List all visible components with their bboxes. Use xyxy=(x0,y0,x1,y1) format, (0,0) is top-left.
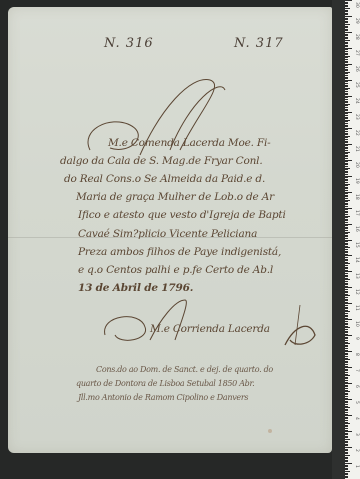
body-line-5: Ifico e atesto que vesto d'Igreja de Bap… xyxy=(78,209,286,221)
ruler-label: 9 xyxy=(354,337,359,340)
body-line-8: e q.o Centos palhi e p.fe Certo de Ab.l xyxy=(78,264,273,276)
paper-stain xyxy=(268,429,272,433)
reference-number-left: N. 316 xyxy=(104,36,154,51)
ruler-label: 8 xyxy=(354,353,359,356)
ruler-label: 4 xyxy=(354,417,359,420)
note-line-2: quarto de Dontora de Lisboa Setubal 1850… xyxy=(76,379,254,388)
ruler-label: 23 xyxy=(354,114,359,120)
ruler-label: 25 xyxy=(354,82,359,88)
ruler-label: 27 xyxy=(354,50,359,56)
body-line-2: dalgo da Cala de S. Mag.de Fryar Conl. xyxy=(60,155,262,167)
ruler-label: 21 xyxy=(354,146,359,152)
ruler-label: 22 xyxy=(354,130,359,136)
ruler-label: 11 xyxy=(354,305,359,311)
ruler-label: 12 xyxy=(354,289,359,295)
date-line: 13 de Abril de 1796. xyxy=(78,282,193,294)
ruler-label: 24 xyxy=(354,98,359,104)
measurement-ruler: 3029282726252423222120191817161514131211… xyxy=(345,0,360,479)
body-line-1: M.e Comenda Lacerda Moe. Fi- xyxy=(108,137,270,149)
body-line-6: Cavaé Sim?plicio Vicente Peliciana xyxy=(78,228,257,240)
ruler-label: 17 xyxy=(354,210,359,216)
ruler-label: 29 xyxy=(354,18,359,24)
ruler-label: 6 xyxy=(354,385,359,388)
ruler-label: 5 xyxy=(354,401,359,404)
ruler-label: 26 xyxy=(354,66,359,72)
signature: M.e Corrienda Lacerda xyxy=(150,323,270,335)
reference-number-right: N. 317 xyxy=(234,36,284,51)
ruler-label: 28 xyxy=(354,34,359,40)
ruler-label: 19 xyxy=(354,178,359,184)
body-line-3: do Real Cons.o Se Almeida da Paid.e d. xyxy=(64,173,265,185)
note-line-1: Cons.do ao Dom. de Sanct. e dej. de quar… xyxy=(96,365,273,374)
ruler-label: 14 xyxy=(354,257,359,263)
ruler-label: 7 xyxy=(354,369,359,372)
ruler-label: 13 xyxy=(354,273,359,279)
body-line-7: Preza ambos filhos de Paye indigenistá, xyxy=(78,246,281,258)
ruler-label: 2 xyxy=(354,449,359,452)
ruler-tick xyxy=(345,477,348,478)
ruler-label: 15 xyxy=(354,242,359,248)
ruler-label: 18 xyxy=(354,194,359,200)
ruler-label: 10 xyxy=(354,321,359,327)
ruler-shadow xyxy=(332,0,345,479)
ruler-label: 1 xyxy=(354,465,359,468)
body-line-4: Maria de graça Mulher de Lob.o de Ar xyxy=(76,191,274,203)
ruler-label: 16 xyxy=(354,226,359,232)
ruler-label: 30 xyxy=(354,2,359,8)
ruler-label: 20 xyxy=(354,162,359,168)
ruler-label: 3 xyxy=(354,433,359,436)
note-line-3: Jll.mo Antonio de Ramom Cipolino e Danve… xyxy=(78,393,248,402)
